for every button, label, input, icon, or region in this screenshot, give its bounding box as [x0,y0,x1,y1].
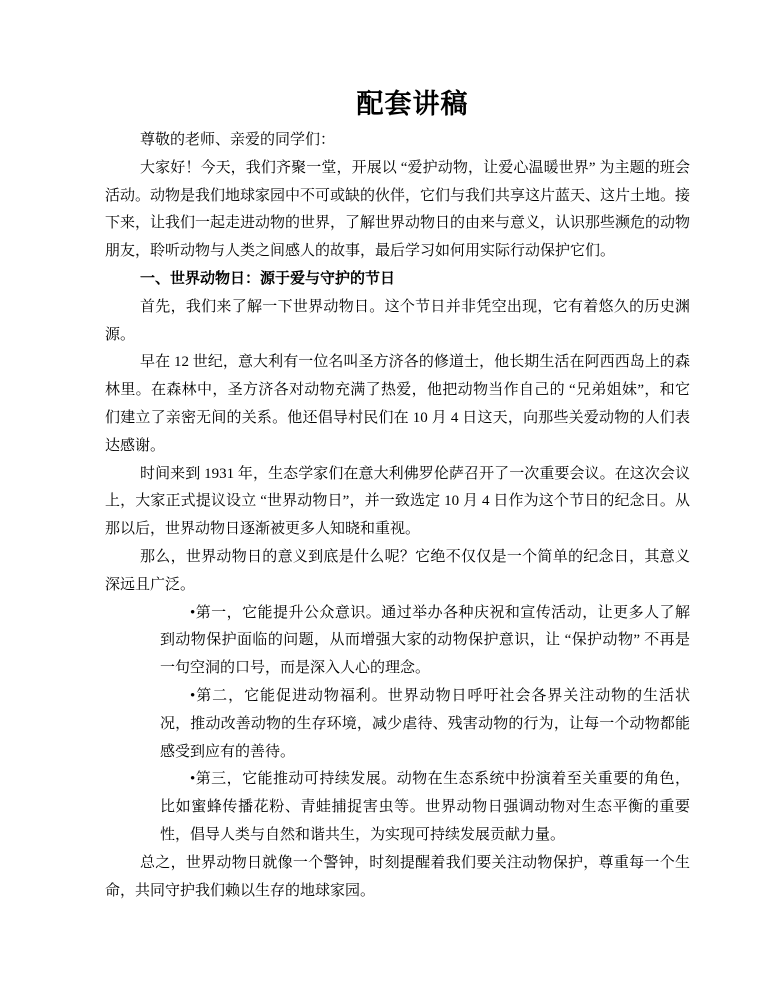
florence-1931-paragraph: 时间来到 1931 年，生态学家们在意大利佛罗伦萨召开了一次重要会议。在这次会议… [105,461,690,544]
conclusion-paragraph: 总之，世界动物日就像一个警钟，时刻提醒着我们要关注动物保护，尊重每一个生命，共同… [105,850,690,906]
history-intro-paragraph: 首先，我们来了解一下世界动物日。这个节日并非凭空出现，它有着悠久的历史渊源。 [105,294,690,350]
bullet-first-awareness: •第一，它能提升公众意识。通过举办各种庆祝和宣传活动，让更多人了解到动物保护面临… [160,600,690,683]
bullet-third-sustainability: •第三，它能推动可持续发展。动物在生态系统中扮演着至关重要的角色，比如蜜蜂传播花… [160,766,690,849]
section-1-heading: 一、世界动物日：源于爱与守护的节日 [105,266,690,294]
meaning-question-paragraph: 那么，世界动物日的意义到底是什么呢？它绝不仅仅是一个简单的纪念日，其意义深远且广… [105,544,690,600]
st-francis-paragraph: 早在 12 世纪，意大利有一位名叫圣方济各的修道士，他长期生活在阿西西岛上的森林… [105,349,690,460]
bullet-second-welfare: •第二，它能促进动物福利。世界动物日呼吁社会各界关注动物的生活状况，推动改善动物… [160,683,690,766]
document-title: 配套讲稿 [105,88,690,120]
opening-paragraph: 大家好！今天，我们齐聚一堂，开展以 “爱护动物，让爱心温暖世界” 为主题的班会活… [105,155,690,266]
salutation-paragraph: 尊敬的老师、亲爱的同学们： [105,127,690,155]
document-page: 配套讲稿 尊敬的老师、亲爱的同学们：大家好！今天，我们齐聚一堂，开展以 “爱护动… [0,0,770,1000]
document-body: 尊敬的老师、亲爱的同学们：大家好！今天，我们齐聚一堂，开展以 “爱护动物，让爱心… [105,127,690,905]
